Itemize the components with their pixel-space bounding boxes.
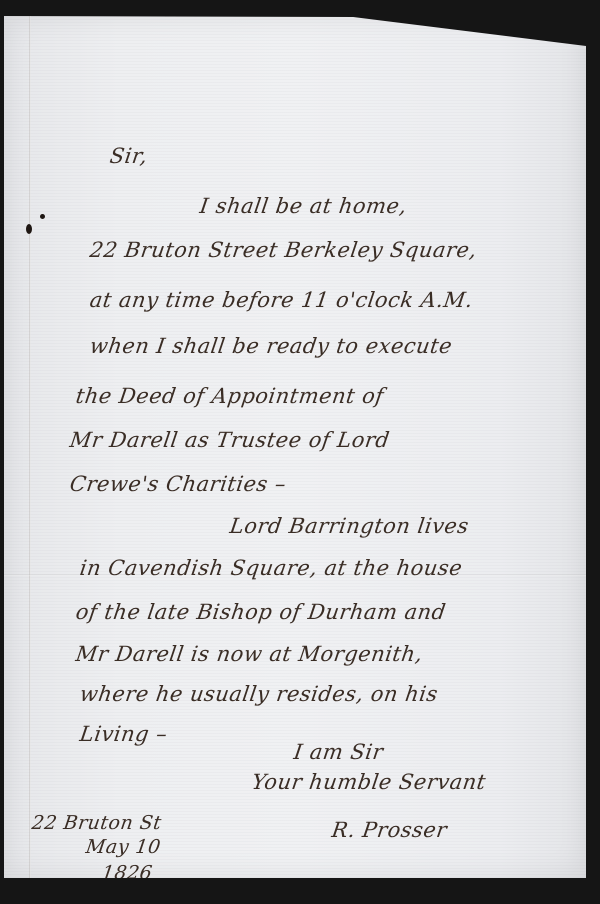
body-line-11: Mr Darell is now at Morgenith, [74,642,424,666]
signature: R. Prosser [330,818,448,842]
letter-sheet: Sir, I shall be at home, 22 Bruton Stree… [4,16,586,878]
closing-line-2: Your humble Servant [250,770,487,794]
body-line-1: I shall be at home, [198,194,408,218]
body-line-3: at any time before 11 o'clock A.M. [88,288,474,312]
date-line: May 10 [84,836,162,858]
address-line: 22 Bruton St [30,812,163,834]
ink-spot [40,214,45,219]
ink-spot [26,224,32,234]
body-line-8: Lord Barrington lives [228,514,470,538]
body-line-13: Living – [78,722,169,746]
body-line-4: when I shall be ready to execute [88,334,454,358]
salutation: Sir, [108,144,149,168]
body-line-12: where he usually resides, on his [78,682,439,706]
body-line-2: 22 Bruton Street Berkeley Square, [88,238,478,262]
closing-line-1: I am Sir [292,740,385,764]
body-line-5: the Deed of Appointment of [74,384,385,408]
body-line-9: in Cavendish Square, at the house [78,556,464,580]
body-line-6: Mr Darell as Trustee of Lord [68,428,391,452]
vertical-fold-line [29,16,31,878]
body-line-10: of the late Bishop of Durham and [74,600,447,624]
year-line: 1826 [100,862,153,884]
body-line-7: Crewe's Charities – [68,472,287,496]
